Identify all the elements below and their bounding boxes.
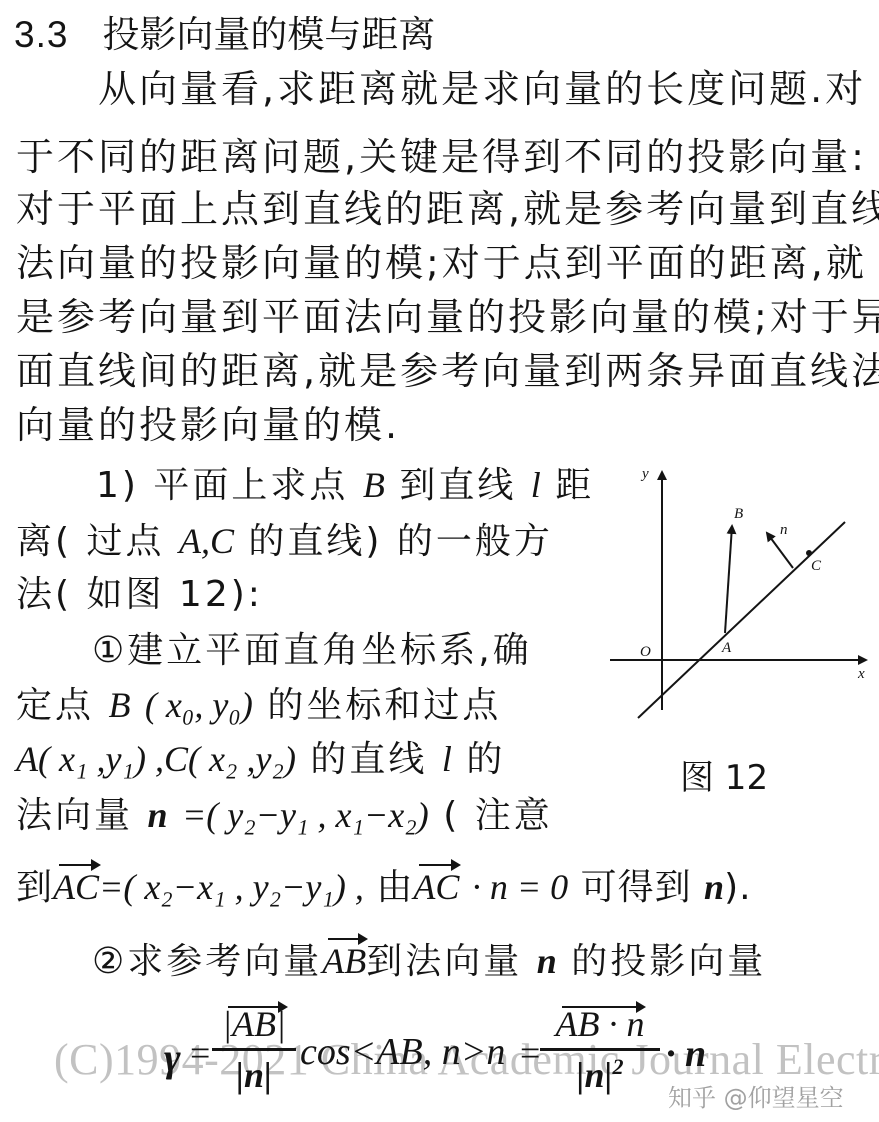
formula-cos-part: cos<AB, n>n <box>300 1030 505 1074</box>
method-line-2: 离( 过点 A,C 的直线) 的一般方 <box>16 516 553 567</box>
vector-AC: AC <box>53 862 99 912</box>
normal-vector-n-arrow <box>767 533 793 568</box>
label-A: A <box>721 640 732 656</box>
label-x: x <box>857 666 865 682</box>
step1-line-1: ①建立平面直角坐标系,确 <box>92 626 532 676</box>
figure-caption: 图 12 <box>680 750 768 799</box>
label-C: C <box>811 558 822 574</box>
paragraph-line: 从向量看,求距离就是求向量的长度问题.对 <box>98 64 866 114</box>
method-line-1: 1) 平面上求点 B 到直线 l 距 <box>96 460 594 511</box>
point-C <box>806 550 812 556</box>
step1-line-3: A( x₁ ,y₁) ,C( x₂ ,y₂) 的直线 l 的 <box>16 734 505 785</box>
step1-line-5: 到AC=( x₂−x₁ , y₂−y₁) , 由AC · n = 0 可得到 n… <box>16 862 752 913</box>
method-line-3: 法( 如图 12): <box>16 570 263 620</box>
paragraph-line: 于不同的距离问题,关键是得到不同的投影向量: <box>16 132 867 182</box>
section-number: 3.3 <box>14 14 68 55</box>
label-y: y <box>640 466 649 482</box>
step2-line: ②求参考向量AB到法向量 n 的投影向量 <box>92 936 766 987</box>
paragraph-line: 对于平面上点到直线的距离,就是参考向量到直线 <box>16 184 879 234</box>
formula-gamma: γ <box>164 1034 181 1081</box>
label-O: O <box>640 644 651 660</box>
vector-AB-arrow <box>725 526 732 633</box>
vector-AC: AC <box>413 862 459 912</box>
step1-line-4: 法向量 n =( y₂−y₁ , x₁−x₂) ( 注意 <box>16 790 553 841</box>
fraction-1: |AB| |n| <box>212 1004 296 1095</box>
vector-AB: AB <box>322 936 366 986</box>
paragraph-line: 面直线间的距离,就是参考向量到两条异面直线法 <box>16 346 879 396</box>
paragraph-line: 法向量的投影向量的模;对于点到平面的距离,就 <box>16 238 867 288</box>
formula-tail: · n <box>666 1032 706 1076</box>
fraction-2: AB · n |n|2 <box>540 1004 660 1095</box>
paragraph-line: 是参考向量到平面法向量的投影向量的模;对于异 <box>16 292 879 342</box>
section-title: 投影向量的模与距离 <box>102 13 435 56</box>
figure-12-diagram: y x O A B n C <box>600 460 879 740</box>
label-B: B <box>734 506 743 522</box>
zhihu-watermark: 知乎 @仰望星空 <box>668 1078 844 1113</box>
label-n: n <box>780 522 788 538</box>
line-l <box>638 522 845 718</box>
paragraph-line: 向量的投影向量的模. <box>16 400 400 450</box>
section-heading: 3.3投影向量的模与距离 <box>14 10 435 60</box>
step1-line-2: 定点 B ( x₀, y₀) 的坐标和过点 <box>16 680 501 731</box>
